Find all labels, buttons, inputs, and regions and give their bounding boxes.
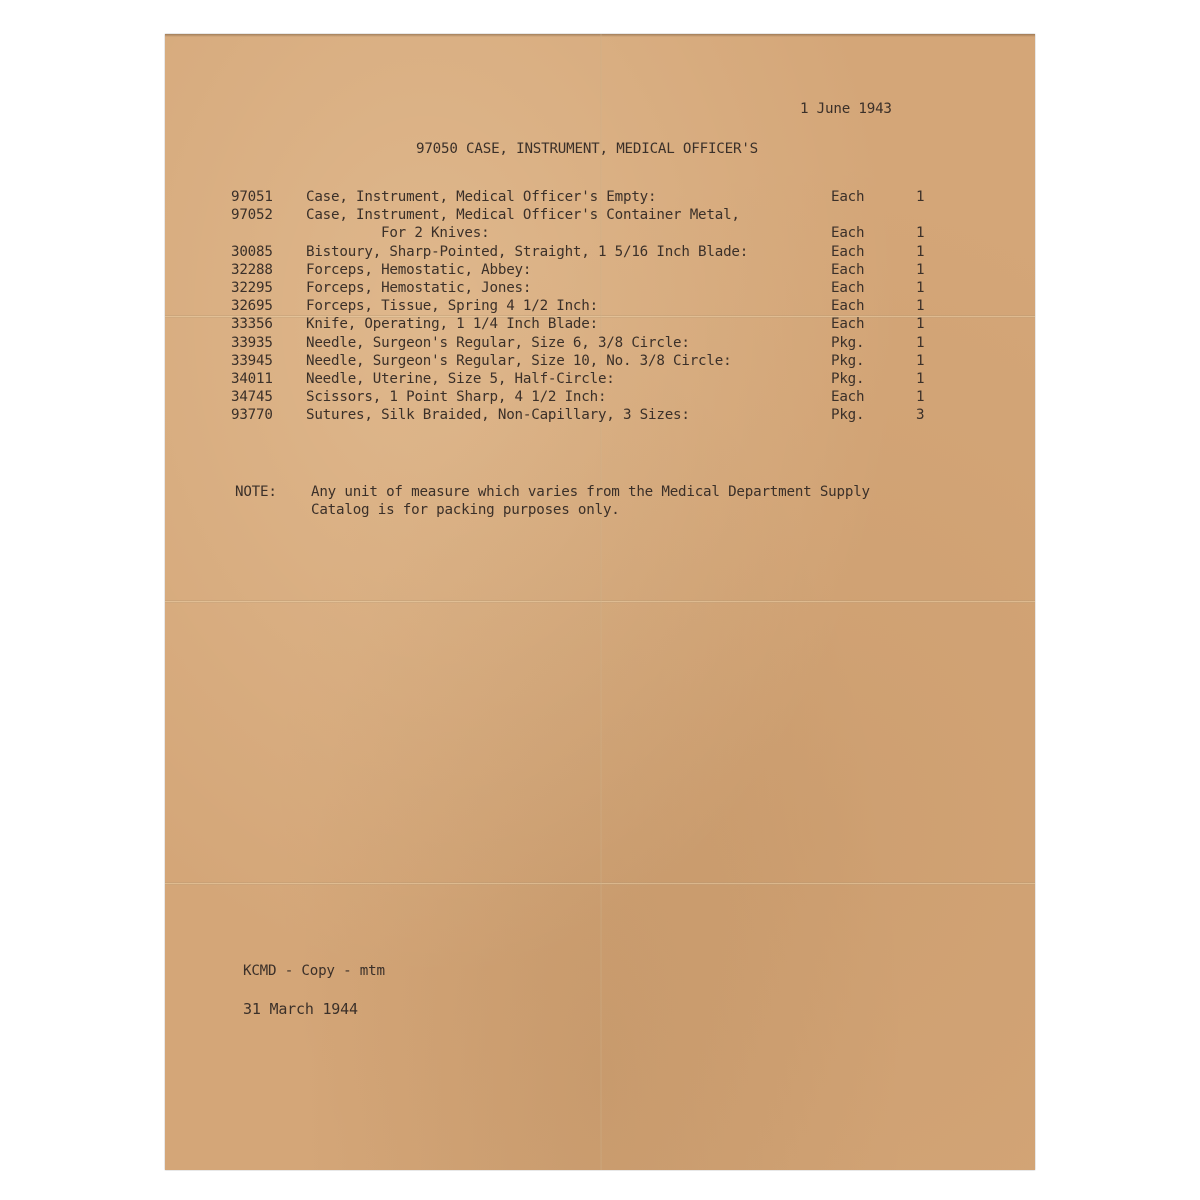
- item-code: 33945: [231, 352, 273, 370]
- item-code: 32295: [231, 279, 273, 297]
- item-row: 97052 Case, Instrument, Medical Officer'…: [231, 206, 931, 224]
- item-quantity: 1: [916, 243, 924, 261]
- typed-document-page: 1 June 1943 97050 CASE, INSTRUMENT, MEDI…: [165, 34, 1035, 1170]
- item-list: 97051 Case, Instrument, Medical Officer'…: [231, 188, 931, 424]
- item-unit: Each: [831, 315, 864, 333]
- item-description: Sutures, Silk Braided, Non-Capillary, 3 …: [306, 406, 690, 424]
- item-description: Needle, Surgeon's Regular, Size 10, No. …: [306, 352, 731, 370]
- item-row: 32295 Forceps, Hemostatic, Jones: Each 1: [231, 279, 931, 297]
- item-quantity: 1: [916, 334, 924, 352]
- item-quantity: 1: [916, 388, 924, 406]
- item-row: 33935 Needle, Surgeon's Regular, Size 6,…: [231, 334, 931, 352]
- item-row: 97051 Case, Instrument, Medical Officer'…: [231, 188, 931, 206]
- item-description: Case, Instrument, Medical Officer's Empt…: [306, 188, 656, 206]
- copy-date: 31 March 1944: [243, 1000, 358, 1018]
- item-code: 32695: [231, 297, 273, 315]
- item-code: 34745: [231, 388, 273, 406]
- fold-crease: [165, 882, 1035, 885]
- item-description: Bistoury, Sharp-Pointed, Straight, 1 5/1…: [306, 243, 748, 261]
- item-description: Forceps, Tissue, Spring 4 1/2 Inch:: [306, 297, 598, 315]
- item-quantity: 3: [916, 406, 924, 424]
- item-description: Knife, Operating, 1 1/4 Inch Blade:: [306, 315, 598, 333]
- item-quantity: 1: [916, 224, 924, 242]
- document-title: 97050 CASE, INSTRUMENT, MEDICAL OFFICER'…: [416, 140, 758, 158]
- item-unit: Pkg.: [831, 334, 864, 352]
- item-unit: Each: [831, 224, 864, 242]
- item-unit: Each: [831, 188, 864, 206]
- item-row: 32695 Forceps, Tissue, Spring 4 1/2 Inch…: [231, 297, 931, 315]
- item-row: 34745 Scissors, 1 Point Sharp, 4 1/2 Inc…: [231, 388, 931, 406]
- item-row: 93770 Sutures, Silk Braided, Non-Capilla…: [231, 406, 931, 424]
- item-unit: Pkg.: [831, 370, 864, 388]
- item-unit: Pkg.: [831, 352, 864, 370]
- item-unit: Each: [831, 261, 864, 279]
- item-row: 33945 Needle, Surgeon's Regular, Size 10…: [231, 352, 931, 370]
- item-description: Case, Instrument, Medical Officer's Cont…: [306, 206, 740, 224]
- item-description: For 2 Knives:: [381, 224, 489, 242]
- item-unit: Each: [831, 279, 864, 297]
- item-description: Forceps, Hemostatic, Abbey:: [306, 261, 531, 279]
- item-description: Needle, Surgeon's Regular, Size 6, 3/8 C…: [306, 334, 690, 352]
- item-quantity: 1: [916, 279, 924, 297]
- document-date: 1 June 1943: [800, 100, 892, 118]
- item-code: 30085: [231, 243, 273, 261]
- item-description: Scissors, 1 Point Sharp, 4 1/2 Inch:: [306, 388, 606, 406]
- item-unit: Each: [831, 388, 864, 406]
- item-row: 32288 Forceps, Hemostatic, Abbey: Each 1: [231, 261, 931, 279]
- note-label: NOTE:: [235, 483, 277, 501]
- item-code: 97051: [231, 188, 273, 206]
- item-row: 34011 Needle, Uterine, Size 5, Half-Circ…: [231, 370, 931, 388]
- item-unit: Each: [831, 243, 864, 261]
- item-unit: Pkg.: [831, 406, 864, 424]
- item-code: 97052: [231, 206, 273, 224]
- item-unit: Each: [831, 297, 864, 315]
- item-row-continuation: For 2 Knives: Each 1: [231, 224, 931, 242]
- item-quantity: 1: [916, 315, 924, 333]
- item-code: 34011: [231, 370, 273, 388]
- item-quantity: 1: [916, 370, 924, 388]
- note-text: Any unit of measure which varies from th…: [311, 483, 951, 519]
- item-quantity: 1: [916, 261, 924, 279]
- copy-annotation: KCMD - Copy - mtm: [243, 962, 385, 980]
- item-code: 33935: [231, 334, 273, 352]
- item-code: 32288: [231, 261, 273, 279]
- fold-crease: [165, 600, 1035, 603]
- item-quantity: 1: [916, 188, 924, 206]
- item-quantity: 1: [916, 297, 924, 315]
- item-quantity: 1: [916, 352, 924, 370]
- item-code: 33356: [231, 315, 273, 333]
- item-code: 93770: [231, 406, 273, 424]
- item-row: 30085 Bistoury, Sharp-Pointed, Straight,…: [231, 243, 931, 261]
- item-description: Needle, Uterine, Size 5, Half-Circle:: [306, 370, 615, 388]
- item-description: Forceps, Hemostatic, Jones:: [306, 279, 531, 297]
- item-row: 33356 Knife, Operating, 1 1/4 Inch Blade…: [231, 315, 931, 333]
